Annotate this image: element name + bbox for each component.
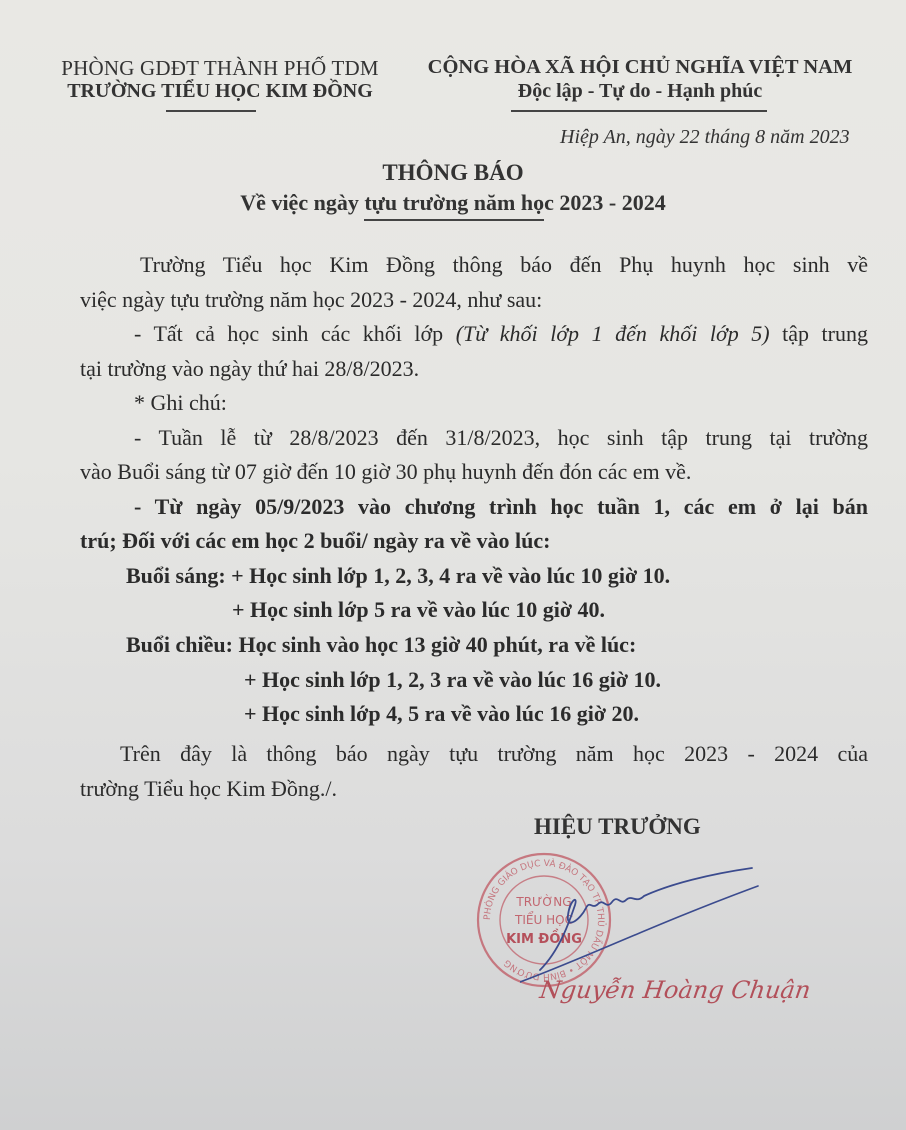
afternoon-schedule-3: + Học sinh lớp 4, 5 ra về vào lúc 16 giờ… xyxy=(244,701,906,727)
intro-line-2: việc ngày tựu trường năm học 2023 - 2024… xyxy=(80,287,870,313)
document-subtitle: Về việc ngày tựu trường năm học 2023 - 2… xyxy=(0,190,906,216)
intro-line-1: Trường Tiểu học Kim Đồng thông báo đến P… xyxy=(140,252,868,278)
header-right-rule xyxy=(511,110,767,112)
handwritten-signature-icon xyxy=(520,860,760,990)
afternoon-schedule-1: Buổi chiều: Học sinh vào học 13 giờ 40 p… xyxy=(126,632,906,658)
national-title: CỘNG HÒA XÃ HỘI CHỦ NGHĨA VIỆT NAM xyxy=(420,56,860,79)
note1-line-1: - Tuần lễ từ 28/8/2023 đến 31/8/2023, họ… xyxy=(134,425,868,451)
item1-text-a: - Tất cả học sinh các khối lớp xyxy=(134,321,456,346)
subtitle-rule xyxy=(364,219,544,221)
note2-line-1: - Từ ngày 05/9/2023 vào chương trình học… xyxy=(134,494,868,520)
document-page: PHÒNG GDĐT THÀNH PHỐ TDM TRƯỜNG TIỂU HỌC… xyxy=(0,0,906,1130)
note1-line-2: vào Buổi sáng từ 07 giờ đến 10 giờ 30 ph… xyxy=(80,459,870,485)
closing-line-2: trường Tiểu học Kim Đồng./. xyxy=(80,776,870,802)
morning-schedule-2: + Học sinh lớp 5 ra về vào lúc 10 giờ 40… xyxy=(232,597,906,623)
header-left-rule xyxy=(166,110,256,112)
document-title: THÔNG BÁO xyxy=(0,160,906,186)
afternoon-schedule-2: + Học sinh lớp 1, 2, 3 ra về vào lúc 16 … xyxy=(244,667,906,693)
department-name: PHÒNG GDĐT THÀNH PHỐ TDM xyxy=(60,56,380,81)
national-motto: Độc lập - Tự do - Hạnh phúc xyxy=(420,80,860,103)
note-label: * Ghi chú: xyxy=(134,390,906,416)
closing-line-1: Trên đây là thông báo ngày tựu trường nă… xyxy=(120,741,868,767)
item1-line-2: tại trường vào ngày thứ hai 28/8/2023. xyxy=(80,356,870,382)
document-date: Hiệp An, ngày 22 tháng 8 năm 2023 xyxy=(560,126,850,149)
item1-line-1: - Tất cả học sinh các khối lớp (Từ khối … xyxy=(134,321,868,347)
school-name: TRƯỜNG TIỂU HỌC KIM ĐỒNG xyxy=(60,80,380,103)
item1-text-b: tập trung xyxy=(770,321,868,346)
note2-line-2: trú; Đối với các em học 2 buổi/ ngày ra … xyxy=(80,528,870,554)
item1-italic: (Từ khối lớp 1 đến khối lớp 5) xyxy=(456,321,770,346)
signer-name: Nguyễn Hoàng Chuận xyxy=(538,976,812,1004)
morning-schedule-1: Buổi sáng: + Học sinh lớp 1, 2, 3, 4 ra … xyxy=(126,563,906,589)
signer-title: HIỆU TRƯỞNG xyxy=(534,814,701,840)
